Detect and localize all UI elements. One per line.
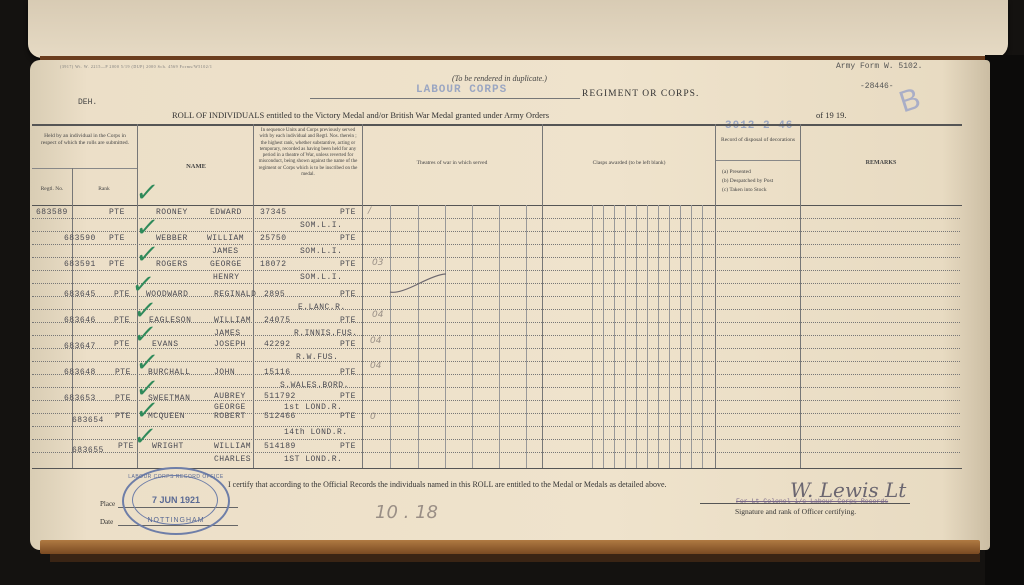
forename: WILLIAM bbox=[214, 316, 251, 325]
prev-number: 24075 bbox=[264, 316, 291, 325]
prev-number: 511792 bbox=[264, 392, 296, 401]
pencil-mark: / bbox=[368, 206, 371, 216]
surname: WRIGHT bbox=[152, 442, 184, 451]
regiment-label: REGIMENT OR CORPS. bbox=[582, 89, 699, 99]
pencil-note: 10 . 18 bbox=[375, 502, 438, 523]
printer-line: (3917) Wt. W. 2215—P 2000 5/19 (DUP) 200… bbox=[60, 64, 212, 69]
regtl-no: 683646 bbox=[64, 316, 96, 325]
pencil-mark: 0 bbox=[370, 412, 376, 422]
corps-underline bbox=[310, 98, 580, 99]
surname: ROGERS bbox=[156, 260, 188, 269]
forename-second: JAMES bbox=[214, 329, 241, 338]
rank: PTE bbox=[109, 234, 125, 243]
rank: PTE bbox=[109, 208, 125, 217]
prev-rank: PTE bbox=[340, 412, 356, 421]
rank: PTE bbox=[115, 412, 131, 421]
remarks-header: REMARKS bbox=[802, 160, 960, 167]
pencil-mark: 04 bbox=[370, 336, 381, 346]
prev-unit: S.WALES.BORD. bbox=[280, 381, 349, 390]
check-mark-icon: ✓ bbox=[130, 272, 156, 298]
reference-stamp: 3012-2 46 bbox=[725, 120, 793, 132]
disposal-header: Record of disposal of decorations bbox=[718, 137, 798, 144]
prev-number: 15116 bbox=[264, 368, 291, 377]
serial-number: -28446- bbox=[860, 82, 894, 91]
prev-unit: R.W.FUS. bbox=[296, 353, 338, 362]
date-label: Date bbox=[100, 518, 113, 526]
theatres-header: Theatres of war in which served bbox=[364, 160, 540, 167]
prev-rank: PTE bbox=[340, 290, 356, 299]
forename-second: JAMES bbox=[212, 247, 239, 256]
forename: WILLIAM bbox=[214, 442, 251, 451]
certification-text: I certify that according to the Official… bbox=[228, 480, 667, 489]
stamp-date: 7 JUN 1921 bbox=[124, 495, 228, 505]
regtl-no: 683648 bbox=[64, 368, 96, 377]
regtl-no: 683655 bbox=[72, 446, 104, 455]
held-by-divider bbox=[32, 168, 137, 169]
row-rule bbox=[32, 283, 960, 284]
regtl-no: 683590 bbox=[64, 234, 96, 243]
name-header: NAME bbox=[140, 163, 252, 170]
disposal-divider bbox=[716, 160, 800, 161]
prev-rank: PTE bbox=[340, 340, 356, 349]
row-rule bbox=[32, 387, 960, 388]
officer-line: For Lt Colonel i/c Labour Corps Records bbox=[736, 498, 888, 505]
prev-rank: PTE bbox=[340, 316, 356, 325]
row-rule bbox=[32, 270, 960, 271]
forename-second: HENRY bbox=[213, 273, 240, 282]
forename: REGINALD bbox=[214, 290, 256, 299]
roll-title: ROLL OF INDIVIDUALS entitled to the Vict… bbox=[172, 110, 549, 120]
regtl-no: 683591 bbox=[64, 260, 96, 269]
row-rule bbox=[32, 218, 960, 219]
prev-unit: R.INNIS.FUS. bbox=[294, 329, 358, 338]
prev-number: 2895 bbox=[264, 290, 285, 299]
place-label: Place bbox=[100, 500, 115, 508]
year-label: of 19 19. bbox=[816, 110, 846, 120]
prev-number: 42292 bbox=[264, 340, 291, 349]
pencil-stroke bbox=[388, 270, 448, 296]
rank: PTE bbox=[114, 290, 130, 299]
previous-page-edge bbox=[28, 0, 1008, 58]
regtl-no: 683645 bbox=[64, 290, 96, 299]
units-header: In sequence Units and Corps previously s… bbox=[256, 128, 360, 178]
dept-label: DEH. bbox=[78, 98, 97, 107]
rank: PTE bbox=[114, 340, 130, 349]
forename: WILLIAM bbox=[207, 234, 244, 243]
forename-second: CHARLES bbox=[214, 455, 251, 464]
prev-rank: PTE bbox=[340, 260, 356, 269]
prev-unit: SOM.L.I. bbox=[300, 273, 342, 282]
regtl-no-header: Regtl. No. bbox=[33, 186, 71, 193]
prev-rank: PTE bbox=[340, 234, 356, 243]
rank: PTE bbox=[114, 316, 130, 325]
book-cover-edge bbox=[50, 554, 980, 562]
forename: JOSEPH bbox=[214, 340, 246, 349]
duplicate-note: (To be rendered in duplicate.) bbox=[452, 74, 547, 83]
row-rule bbox=[32, 244, 960, 245]
check-mark-icon: ✓ bbox=[134, 350, 160, 376]
signature-caption: Signature and rank of Officer certifying… bbox=[735, 507, 856, 516]
surname: WEBBER bbox=[156, 234, 188, 243]
prev-number: 512466 bbox=[264, 412, 296, 421]
surname: ROONEY bbox=[156, 208, 188, 217]
stamp-top-text: LABOUR CORPS RECORD OFFICE bbox=[124, 474, 228, 480]
rank: PTE bbox=[109, 260, 125, 269]
regtl-no: 683589 bbox=[36, 208, 68, 217]
row-rule bbox=[32, 452, 960, 453]
army-form-number: Army Form W. 5102. bbox=[836, 62, 922, 71]
pencil-mark: 04 bbox=[370, 361, 381, 371]
forename: EDWARD bbox=[210, 208, 242, 217]
prev-unit: SOM.L.I. bbox=[300, 247, 342, 256]
row-rule bbox=[32, 335, 960, 336]
prev-number: 18072 bbox=[260, 260, 287, 269]
held-by-header: Held by an individual in the Corps in re… bbox=[36, 133, 134, 147]
page-bottom-edge bbox=[40, 540, 980, 554]
rank: PTE bbox=[115, 394, 131, 403]
row-rule bbox=[32, 231, 960, 232]
forename: JOHN bbox=[214, 368, 235, 377]
prev-unit: E.LANC.R. bbox=[298, 303, 346, 312]
header-bottom-rule bbox=[32, 205, 962, 206]
regtl-no: 683654 bbox=[72, 416, 104, 425]
prev-number: 25750 bbox=[260, 234, 287, 243]
row-rule bbox=[32, 309, 960, 310]
check-mark-icon: ✓ bbox=[134, 215, 160, 241]
stamp-bottom-text: NOTTINGHAM bbox=[124, 517, 228, 524]
row-rule bbox=[32, 439, 960, 440]
forename: GEORGE bbox=[210, 260, 242, 269]
row-rule bbox=[32, 426, 960, 427]
prev-unit: SOM.L.I. bbox=[300, 221, 342, 230]
regtl-no: 683653 bbox=[64, 394, 96, 403]
prev-number: 37345 bbox=[260, 208, 287, 217]
prev-rank: PTE bbox=[340, 392, 356, 401]
rank: PTE bbox=[115, 368, 131, 377]
check-mark-icon: ✓ bbox=[134, 398, 160, 424]
prev-unit: 14th LOND.R. bbox=[284, 428, 348, 437]
regtl-no: 683647 bbox=[64, 342, 96, 351]
prev-unit: 1st LOND.R. bbox=[284, 403, 342, 412]
disposal-options: (a) Presented (b) Despatched by Post (c)… bbox=[722, 168, 800, 195]
book-shadow bbox=[985, 55, 1024, 585]
prev-number: 514189 bbox=[264, 442, 296, 451]
prev-rank: PTE bbox=[340, 368, 356, 377]
check-mark-icon: ✓ bbox=[134, 242, 160, 268]
check-mark-icon: ✓ bbox=[132, 322, 158, 348]
check-mark-icon: ✓ bbox=[132, 424, 158, 450]
pencil-mark: 03 bbox=[372, 258, 383, 268]
prev-rank: PTE bbox=[340, 442, 356, 451]
row-rule bbox=[32, 257, 960, 258]
prev-rank: PTE bbox=[340, 208, 356, 217]
corps-stamp: LABOUR CORPS bbox=[416, 84, 507, 96]
row-rule bbox=[32, 361, 960, 362]
table-top-rule bbox=[32, 124, 962, 126]
record-office-stamp: LABOUR CORPS RECORD OFFICE 7 JUN 1921 NO… bbox=[122, 467, 230, 535]
rank-header: Rank bbox=[74, 186, 134, 193]
prev-unit: 1ST LOND.R. bbox=[284, 455, 342, 464]
forename: AUBREY bbox=[214, 392, 246, 401]
clasps-header: Clasps awarded (to be left blank) bbox=[544, 160, 714, 167]
pencil-mark: 04 bbox=[372, 310, 383, 320]
check-mark-icon: ✓ bbox=[134, 180, 160, 206]
forename: ROBERT bbox=[214, 412, 246, 421]
forename-second: GEORGE bbox=[214, 403, 246, 412]
